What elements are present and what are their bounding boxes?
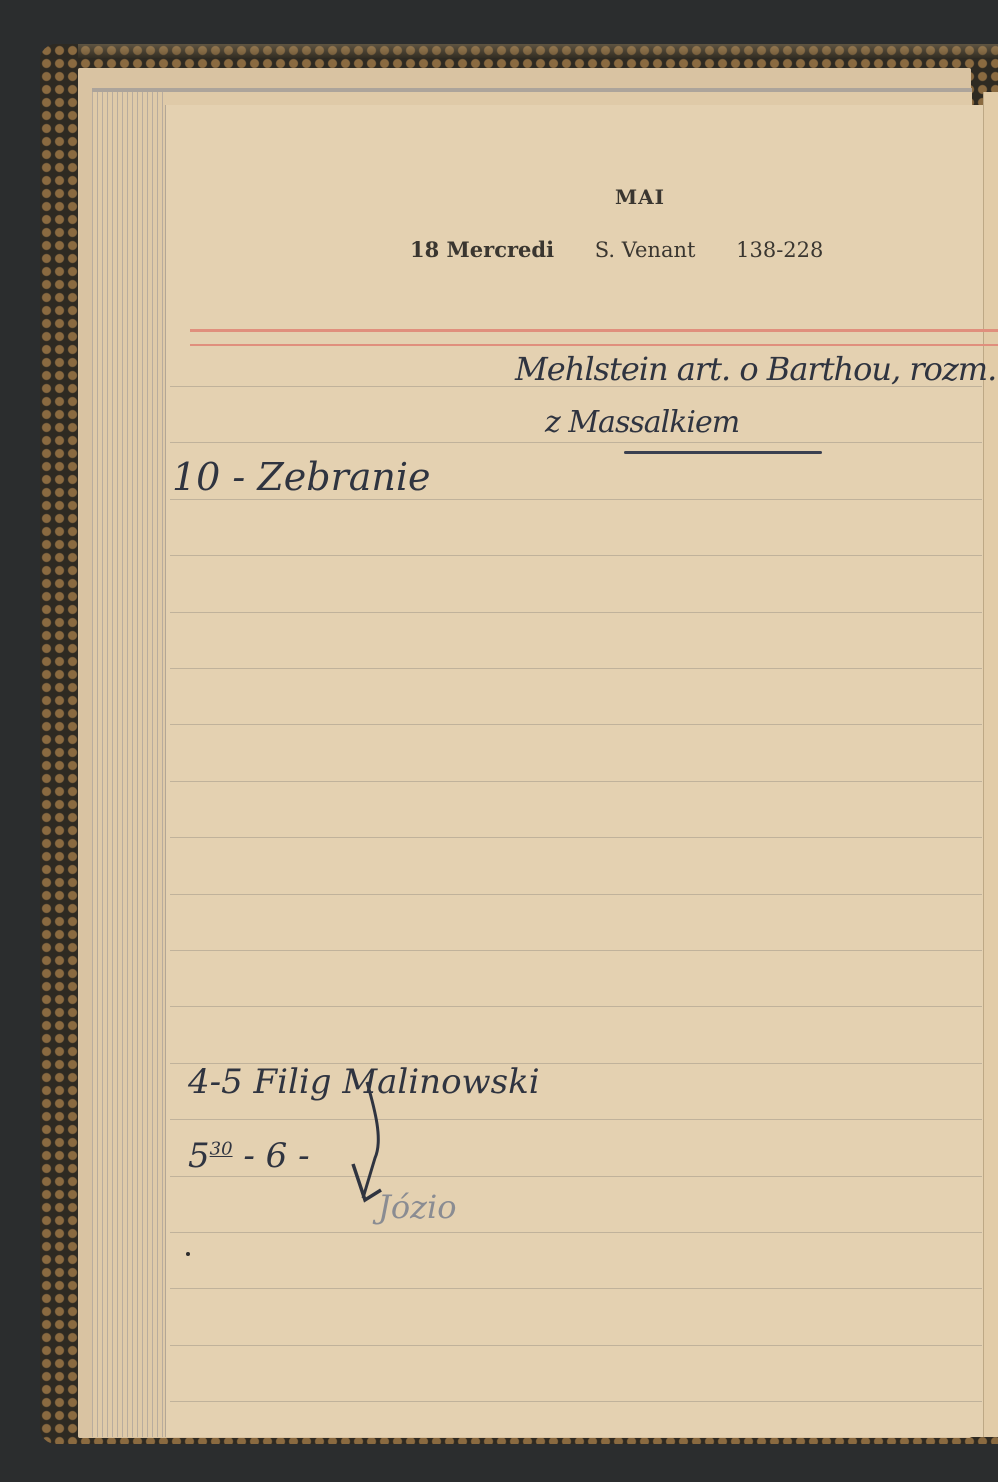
ruled-line [170, 1288, 982, 1289]
entry-note-line-1: Mehlstein art. o Barthou, rozm. [515, 350, 996, 388]
ruled-line [170, 1401, 982, 1402]
ruled-line [170, 442, 982, 443]
saint-name: S. Venant [595, 238, 696, 262]
handwritten-underline [624, 451, 822, 454]
ruled-line [170, 950, 982, 951]
time-hour: 5 [188, 1136, 210, 1176]
red-rule-top [190, 329, 998, 332]
ruled-line [170, 1232, 982, 1233]
ruled-line [170, 499, 982, 500]
entry-note-line-2: z Massalkiem [545, 405, 739, 440]
ruled-line [170, 1176, 982, 1177]
ruled-line [170, 894, 982, 895]
ruled-line [170, 1345, 982, 1346]
day-label: 18 Mercredi [410, 237, 554, 262]
ruled-line [170, 1119, 982, 1120]
ruled-line [170, 555, 982, 556]
ruled-line [170, 668, 982, 669]
red-rule-bottom [190, 344, 998, 346]
ruled-line [170, 781, 982, 782]
ruled-line [170, 1006, 982, 1007]
ink-dot [186, 1252, 190, 1256]
month-title: MAI [0, 185, 998, 209]
time-minutes: 30 [210, 1139, 233, 1160]
diary-page [165, 105, 986, 1437]
time-rest: - 6 - [233, 1136, 310, 1176]
entry-pencil-name: Józio [378, 1188, 456, 1226]
date-line: 18 Mercredi S. Venant 138-228 [410, 237, 857, 262]
ruled-line [170, 837, 982, 838]
next-page-edge [983, 92, 998, 1437]
ruled-line [170, 724, 982, 725]
ruled-line [170, 612, 982, 613]
entry-530-6: 530 - 6 - [188, 1136, 310, 1176]
entry-meeting: 10 - Zebranie [172, 455, 431, 499]
day-count: 138-228 [736, 238, 823, 262]
cover-top-edge [78, 44, 998, 58]
